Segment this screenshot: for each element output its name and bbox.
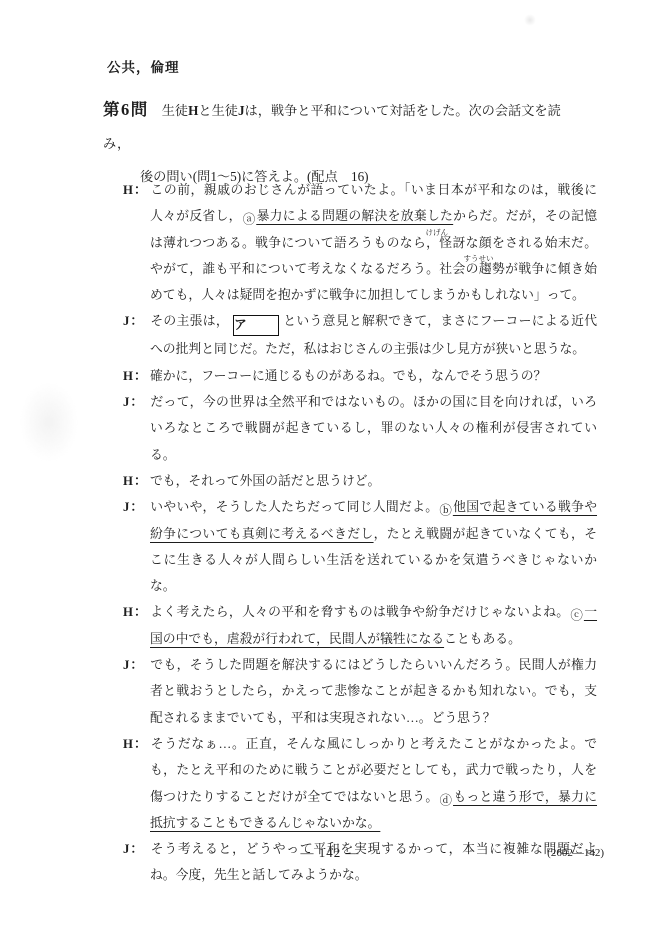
circled-letter-label: ⓓ bbox=[440, 794, 453, 807]
speaker-label: J： bbox=[123, 652, 150, 678]
document-code: (2602―142) bbox=[547, 847, 604, 859]
ruby-word: 趨勢すうせい bbox=[479, 262, 505, 276]
subject-header: 公共，倫理 bbox=[107, 56, 180, 76]
scan-artifact-smudge bbox=[20, 382, 78, 462]
underlined-phrase: 暴力による問題の解決を放棄した bbox=[256, 209, 453, 223]
page-footer: — 142 — (2602―142) bbox=[0, 845, 660, 865]
bold-text: H bbox=[188, 103, 198, 118]
speaker-label: H： bbox=[123, 468, 150, 494]
speaker-label: J： bbox=[123, 389, 150, 415]
dialogue-line: H：確かに，フーコーに通じるものがあるね。でも，なんでそう思うの？ bbox=[123, 363, 597, 389]
speaker-label: H： bbox=[123, 731, 150, 757]
underlined-phrase: 他国で起きている戦争や紛争についても真剣に考えるべきだし bbox=[150, 500, 597, 540]
speaker-label: H： bbox=[123, 363, 150, 389]
speaker-label: J： bbox=[123, 308, 150, 334]
question-number-label: 第6問 bbox=[103, 100, 149, 119]
bold-text: J bbox=[238, 103, 245, 118]
question-intro-line1: 生徒Hと生徒Jは，戦争と平和について対話をした。次の会話文を読み， bbox=[103, 103, 561, 151]
underlined-phrase: 一国の中でも，虐殺が行われて，民間人が犠牲になる bbox=[150, 605, 597, 645]
underlined-phrase: もっと違う形で，暴力に抵抗することもできるんじゃないかな。 bbox=[150, 790, 597, 830]
scan-artifact-dot bbox=[524, 14, 536, 26]
dialogue-line: H：よく考えたら，人々の平和を脅すものは戦争や紛争だけじゃないよね。ⓒ一国の中で… bbox=[123, 599, 597, 652]
speaker-label: H： bbox=[123, 599, 150, 625]
dialogue-text: H：この前，親戚のおじさんが語っていたよ。「いま日本が平和なのは，戦後に人々が反… bbox=[123, 177, 597, 889]
dialogue-line: J：いやいや，そうした人たちだって同じ人間だよ。ⓑ他国で起きている戦争や紛争につ… bbox=[123, 494, 597, 599]
dialogue-line: H：でも，それって外国の話だと思うけど。 bbox=[123, 468, 597, 494]
circled-letter-label: ⓑ bbox=[439, 505, 452, 518]
dialogue-line: H：そうだなぁ…。正直，そんな風にしっかりと考えたことがなかったよ。でも，たとえ… bbox=[123, 731, 597, 836]
answer-blank-box: ア bbox=[233, 315, 279, 336]
circled-letter-label: ⓒ bbox=[570, 610, 583, 623]
dialogue-line: H：この前，親戚のおじさんが語っていたよ。「いま日本が平和なのは，戦後に人々が反… bbox=[123, 177, 597, 308]
furigana: すうせい bbox=[490, 255, 493, 263]
speaker-label: J： bbox=[123, 494, 150, 520]
dialogue-line: J：その主張は，アという意見と解釈できて，まさにフーコーによる近代への批判と同じ… bbox=[123, 308, 597, 362]
speaker-label: H： bbox=[123, 177, 150, 203]
dialogue-line: J：だって，今の世界は全然平和ではないもの。ほかの国に目を向ければ，いろいろなと… bbox=[123, 389, 597, 468]
ruby-word: 怪訝けげん bbox=[439, 236, 465, 250]
circled-letter-label: ⓐ bbox=[243, 214, 256, 227]
dialogue-line: J：でも，そうした問題を解決するにはどうしたらいいんだろう。民間人が権力者と戦お… bbox=[123, 652, 597, 731]
exam-page: 公共，倫理 第6問生徒Hと生徒Jは，戦争と平和について対話をした。次の会話文を読… bbox=[0, 0, 660, 930]
